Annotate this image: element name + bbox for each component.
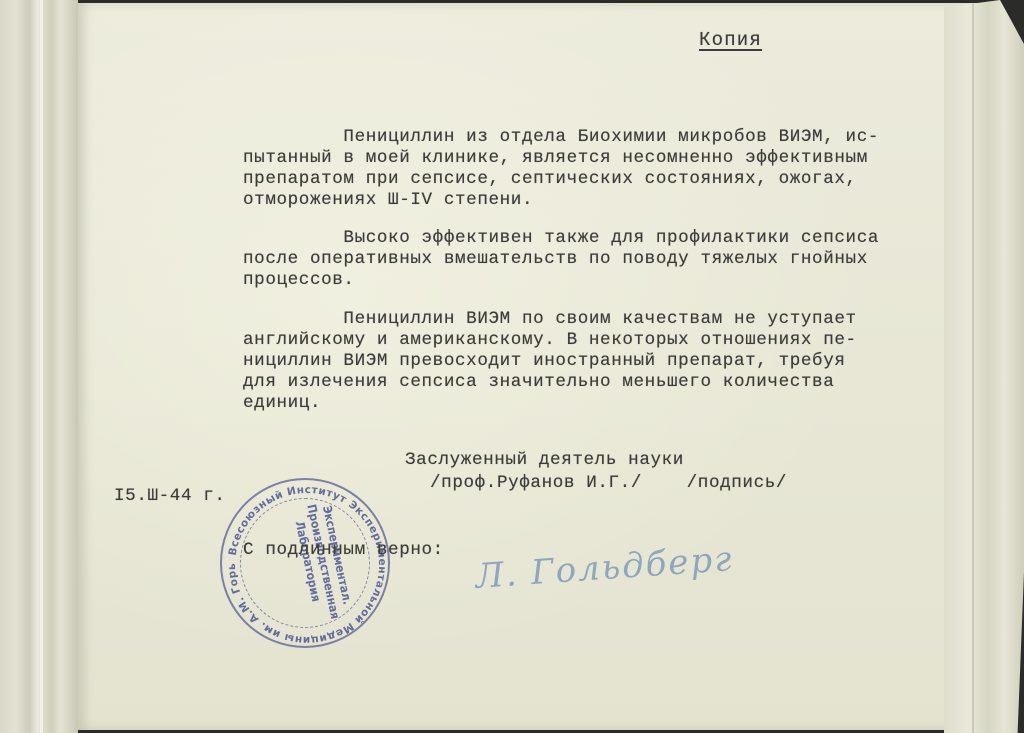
paragraph-2: Высоко эффективен также для профилактики… <box>243 228 879 291</box>
scanned-document: Копия Пенициллин из отдела Биохимии микр… <box>0 0 1024 733</box>
paragraph-line: пытанный в моей клинике, является несомн… <box>243 148 879 169</box>
paragraph-line: английскому и американскому. В некоторых… <box>243 330 857 351</box>
paragraph-line: для излечения сепсиса значительно меньше… <box>243 372 857 393</box>
paragraph-line: Высоко эффективен также для профилактики… <box>243 228 879 249</box>
signatory-name: /проф.Руфанов И.Г./ /подпись/ <box>430 473 787 494</box>
paragraph-line: Пенициллин ВИЭМ по своим качествам не ус… <box>243 309 857 330</box>
paragraph-line: нициллин ВИЭМ превосходит иностранный пр… <box>243 351 857 372</box>
paragraph-line: единиц. <box>243 393 857 414</box>
paragraph-3: Пенициллин ВИЭМ по своим качествам не ус… <box>243 309 857 414</box>
paragraph-line: после оперативных вмешательств по поводу… <box>243 249 879 270</box>
paragraph-line: отморожениях Ш-IV степени. <box>243 190 879 211</box>
paragraph-line: процессов. <box>243 270 879 291</box>
round-stamp: Всесоюзный Институт Экспериментальной Ме… <box>220 478 390 648</box>
paragraph-line: препаратом при сепсисе, септических сост… <box>243 169 879 190</box>
paper-right-edge <box>944 0 1024 733</box>
certification-text: С подлинным верно: <box>243 540 444 561</box>
document-date: I5.Ш-44 г. <box>114 486 226 507</box>
signatory-title: Заслуженный деятель науки <box>405 450 684 471</box>
paragraph-1: Пенициллин из отдела Биохимии микробов В… <box>243 127 879 211</box>
document-heading: Копия <box>699 30 762 51</box>
binding-strip <box>0 0 78 733</box>
paragraph-line: Пенициллин из отдела Биохимии микробов В… <box>243 127 879 148</box>
